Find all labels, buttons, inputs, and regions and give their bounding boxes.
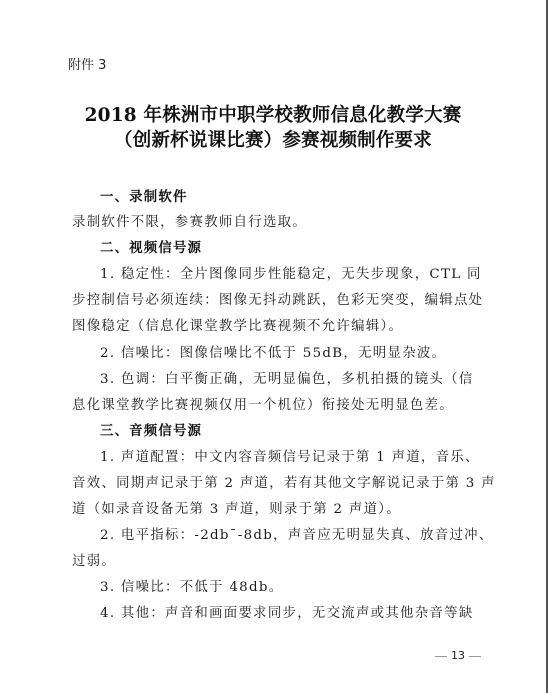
paragraph-line: 步控制信号必须连续：图像无抖动跳跃，色彩无突变，编辑点处 [72, 289, 483, 308]
document-page: 附件 3 2018 年株洲市中职学校教师信息化教学大赛 （创新杯说课比赛）参赛视… [0, 0, 546, 693]
paragraph-line: 音效、同期声记录于第 2 声道，若有其他文字解说记录于第 3 声 [72, 472, 496, 491]
paragraph-line: 1. 声道配置：中文内容音频信号记录于第 1 声道，音乐、 [100, 446, 480, 465]
section-heading-recording-software: 一、录制软件 [100, 186, 188, 205]
page-number: 13 [431, 649, 485, 662]
page-number-value: 13 [451, 649, 465, 662]
section-heading-audio-signal: 三、音频信号源 [100, 420, 202, 439]
paragraph-line: 3. 色调：白平衡正确，无明显偏色，多机拍摄的镜头（信 [100, 368, 474, 387]
paragraph-line: 4. 其他：声音和画面要求同步，无交流声或其他杂音等缺 [100, 602, 474, 621]
title-line-2: （创新杯说课比赛）参赛视频制作要求 [0, 126, 546, 152]
dash-left [435, 656, 447, 657]
paragraph-line: 图像稳定（信息化课堂教学比赛视频不允许编辑）。 [72, 315, 403, 334]
section-heading-video-signal: 二、视频信号源 [100, 237, 202, 256]
annex-label: 附件 3 [68, 54, 106, 73]
paragraph-line: 息化课堂教学比赛视频仅用一个机位）衔接处无明显色差。 [72, 394, 454, 413]
paragraph-line: 3. 信噪比：不低于 48db。 [100, 576, 283, 595]
paragraph-line: 录制软件不限，参赛教师自行选取。 [72, 211, 307, 230]
paragraph-line: 2. 信噪比：图像信噪比不低于 55dB，无明显杂波。 [100, 342, 446, 361]
paragraph-line: 过弱。 [72, 550, 116, 569]
paragraph-line: 1. 稳定性：全片图像同步性能稳定，无失步现象，CTL 同 [100, 263, 482, 282]
paragraph-line: 2. 电平指标：-2db¯-8db，声音应无明显失真、放音过冲、 [100, 524, 494, 543]
dash-right [469, 656, 481, 657]
title-line-1: 2018 年株洲市中职学校教师信息化教学大赛 [0, 101, 546, 127]
paragraph-line: 道（如录音设备无第 3 声道，则录于第 2 声道）。 [72, 498, 401, 517]
